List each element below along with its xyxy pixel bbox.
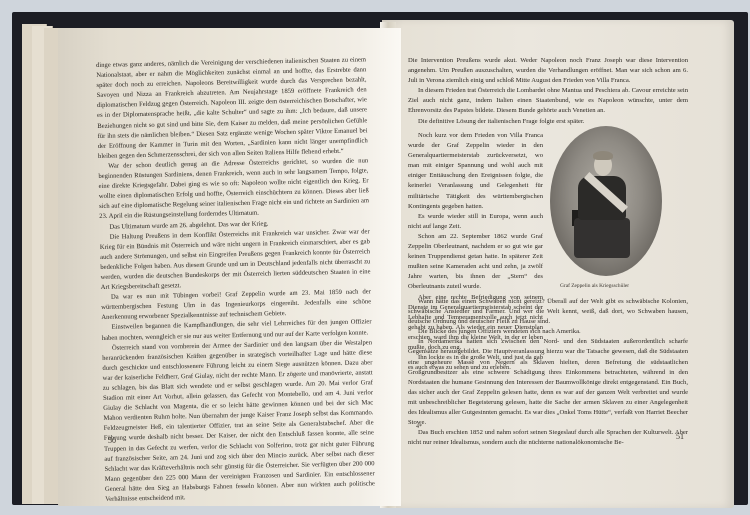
paragraph: In Nordamerika hatten sich zwischen den …: [408, 337, 688, 428]
signature-mark: 4*: [416, 424, 422, 430]
right-page-top-text: Die Intervention Preußens wurde akut. We…: [408, 56, 688, 127]
paragraph: Österreich stand von vornherein der Arme…: [102, 338, 375, 505]
paragraph: Die Haltung Preußens in dem Konflikt Öst…: [100, 227, 371, 293]
paragraph: Noch kurz vor dem Frieden von Villa Fran…: [408, 131, 543, 212]
paragraph: Die Blicke des jungen Offiziers wendeten…: [408, 327, 688, 337]
page-number: 51: [676, 432, 684, 441]
paragraph: In diesem Frieden trat Österreich die Lo…: [408, 86, 688, 116]
paragraph: dinge etwas ganz anderes, nämlich die Ve…: [96, 55, 368, 162]
paragraph: War der schon deutlich genug an die Adre…: [98, 156, 369, 222]
photo-caption: Graf Zeppelin als Kriegsschüler: [560, 283, 629, 289]
paragraph: Die definitive Lösung der italienischen …: [408, 117, 688, 127]
paragraph: Wann hätte das einen Schwaben nicht gere…: [408, 297, 688, 327]
paragraph: Das Buch erschien 1852 und nahm sofort s…: [408, 428, 688, 448]
paragraph: Die Intervention Preußens wurde akut. We…: [408, 56, 688, 86]
right-page-bottom-text: Wann hätte das einen Schwaben nicht gere…: [408, 297, 688, 448]
left-page: dinge etwas ganz anderes, nämlich die Ve…: [58, 28, 401, 506]
right-page: Die Intervention Preußens wurde akut. We…: [382, 20, 734, 508]
paragraph: Es wurde wieder still in Europa, wenn au…: [408, 212, 543, 232]
paragraph: Schon am 22. September 1862 wurde Graf Z…: [408, 232, 543, 293]
left-page-text: dinge etwas ganz anderes, nämlich die Ve…: [96, 55, 375, 505]
page-number: 50: [108, 436, 116, 445]
portrait-photo: [550, 126, 662, 276]
